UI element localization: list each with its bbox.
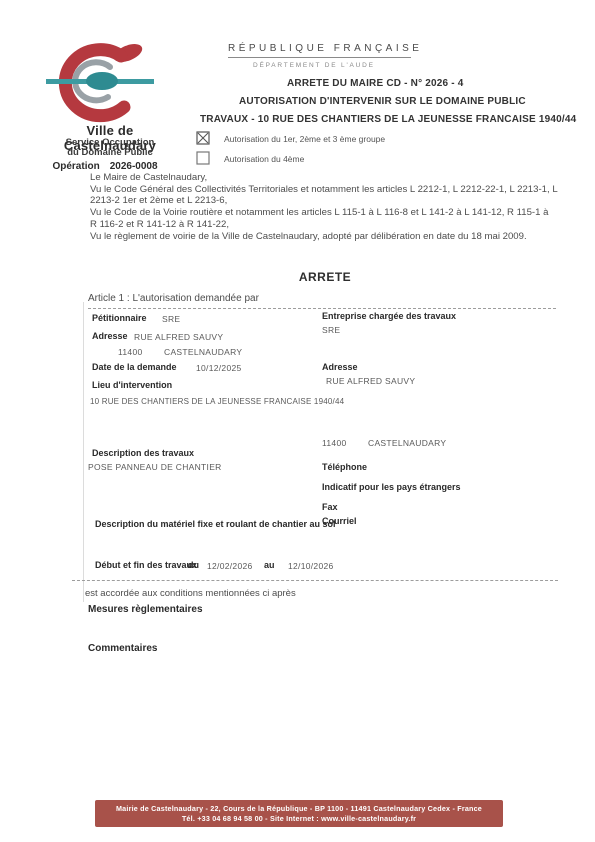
footer-line1: Mairie de Castelnaudary - 22, Cours de l… [95, 804, 503, 814]
du-label: du [188, 560, 199, 570]
entreprise-ville-value: CASTELNAUDARY [368, 438, 446, 448]
debut-fin-label: Début et fin des travaux [95, 560, 197, 570]
republique-underline [228, 57, 411, 58]
description-travaux-value: POSE PANNEAU DE CHANTIER [88, 462, 222, 472]
entreprise-value: SRE [322, 325, 340, 335]
preamble-line1: Le Maire de Castelnaudary, [90, 172, 558, 184]
checkbox-group123-label: Autorisation du 1er, 2ème et 3 ème group… [224, 134, 385, 144]
indicatif-label: Indicatif pour les pays étrangers [322, 482, 461, 492]
description-materiel-label: Description du matériel fixe et roulant … [95, 519, 336, 529]
operation-value: 2026-0008 [110, 161, 158, 172]
departement-subtitle: DÉPARTEMENT DE L'AUDE [253, 62, 375, 69]
cp-value: 11400 [118, 347, 143, 357]
courriel-label: Courriel [322, 516, 357, 526]
fax-label: Fax [322, 502, 338, 512]
operation-label: Opération [52, 161, 99, 172]
petitionnaire-value: SRE [162, 314, 180, 324]
checkbox-unchecked-icon [196, 151, 210, 165]
mesures-reglementaires-heading: Mesures règlementaires [88, 604, 203, 615]
entreprise-adresse-label: Adresse [322, 362, 358, 372]
description-travaux-label: Description des travaux [92, 448, 194, 458]
telephone-label: Téléphone [322, 462, 367, 472]
footer-line2: Tél. +33 04 68 94 58 00 - Site Internet … [95, 814, 503, 824]
logo-service-line2: du Domaine Public [40, 147, 180, 158]
preamble-line3: Vu le Code de la Voirie routière et nota… [90, 207, 558, 230]
adresse-label: Adresse [92, 331, 128, 341]
lieu-intervention-value: 10 RUE DES CHANTIERS DE LA JEUNESSE FRAN… [90, 397, 344, 406]
checkbox-checked-icon [196, 131, 210, 145]
autorisation-title: AUTORISATION D'INTERVENIR SUR LE DOMAINE… [239, 96, 526, 107]
separator-bottom [72, 580, 558, 581]
preamble-line4: Vu le règlement de voirie de la Ville de… [90, 231, 558, 243]
arrete-heading: ARRETE [90, 270, 560, 284]
debut-travaux-value: 12/02/2026 [207, 561, 253, 571]
commentaires-heading: Commentaires [88, 643, 157, 654]
footer-address-bar: Mairie de Castelnaudary - 22, Cours de l… [95, 800, 503, 827]
date-demande-value: 10/12/2025 [196, 363, 242, 373]
arrete-maire-title: ARRETE DU MAIRE CD - N° 2026 - 4 [287, 78, 464, 89]
adresse-value: RUE ALFRED SAUVY [134, 332, 223, 342]
travaux-title: TRAVAUX - 10 RUE DES CHANTIERS DE LA JEU… [200, 114, 576, 125]
date-demande-label: Date de la demande [92, 362, 177, 372]
entreprise-cp-value: 11400 [322, 438, 347, 448]
lieu-intervention-label: Lieu d'intervention [92, 380, 172, 390]
form-left-rule [83, 302, 84, 602]
au-label: au [264, 560, 275, 570]
checkbox-group4-label: Autorisation du 4ème [224, 154, 304, 164]
document-page: Ville de Castelnaudary Service Occupatio… [0, 0, 595, 842]
ville-value: CASTELNAUDARY [164, 347, 242, 357]
republique-francaise-title: RÉPUBLIQUE FRANÇAISE [228, 43, 422, 54]
preamble-line2: Vu le Code Général des Collectivités Ter… [90, 184, 558, 207]
article1-heading: Article 1 : L'autorisation demandée par [88, 293, 259, 304]
castelnaudary-logo-icon [44, 40, 156, 124]
operation-number: Opération2026-0008 [40, 161, 180, 172]
conditions-text: est accordée aux conditions mentionnées … [85, 588, 296, 599]
entreprise-label: Entreprise chargée des travaux [322, 311, 456, 321]
preamble: Le Maire de Castelnaudary, Vu le Code Gé… [90, 172, 558, 242]
fin-travaux-value: 12/10/2026 [288, 561, 334, 571]
petitionnaire-label: Pétitionnaire [92, 313, 147, 323]
separator-top [88, 308, 556, 309]
entreprise-adresse-value: RUE ALFRED SAUVY [326, 376, 415, 386]
